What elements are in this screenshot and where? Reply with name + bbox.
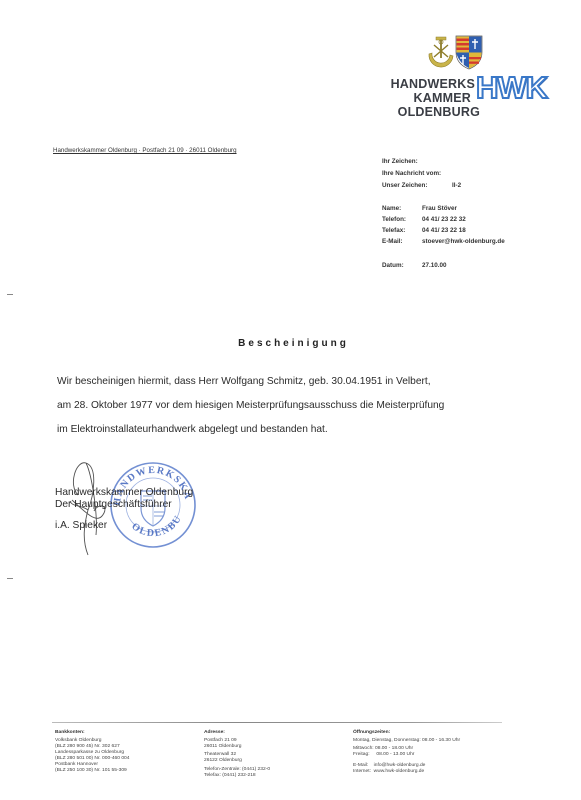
bank-line: (BLZ 280 900 45) Nr. 302 627 [55, 744, 130, 750]
hours-line: Montag, Dienstag, Donnerstag: 08.00 - 16… [353, 738, 460, 744]
bank-line: (BLZ 250 100 30) Nr. 101 55-309 [55, 768, 130, 774]
fold-mark [7, 578, 13, 579]
footer-opening-hours: Öffnungszeiten: Montag, Dienstag, Donner… [353, 730, 460, 775]
email-value: stoever@hwk-oldenburg.de [422, 238, 505, 245]
signature-organization: Handwerkskammer Oldenburg [55, 487, 193, 499]
unser-zeichen-label: Unser Zeichen: [382, 182, 428, 189]
logo-text-oldenburg: OLDENBURG [383, 105, 480, 119]
body-line: am 28. Oktober 1977 vor dem hiesigen Mei… [57, 400, 444, 411]
ihr-zeichen-label: Ihr Zeichen: [382, 158, 418, 165]
name-label: Name: [382, 205, 401, 212]
document-title: Bescheinigung [0, 338, 581, 349]
sender-address-line: Handwerkskammer Oldenburg · Postfach 21 … [53, 147, 237, 154]
bank-line: (BLZ 280 501 00) Nr. 000-460 004 [55, 756, 130, 762]
footer-website[interactable]: Internet: www.hwk-oldenburg.de [353, 769, 460, 775]
address-line: Telefon-Zentrale: (0441) 232-0 [204, 767, 270, 773]
footer-address: Adresse: Postfach 21 09 26011 Oldenburg … [204, 730, 270, 779]
unser-zeichen-value: II-2 [452, 182, 461, 189]
hours-heading: Öffnungszeiten: [353, 730, 460, 736]
footer-divider [52, 722, 502, 723]
email-label: E-Mail: [382, 238, 403, 245]
hwk-logo-letters: HWK [476, 72, 547, 103]
signature-role: Der Hauptgeschäftsführer [55, 499, 172, 511]
body-line: im Elektroinstallateurhandwerk abgelegt … [57, 424, 328, 435]
datum-value: 27.10.00 [422, 262, 447, 269]
telefax-label: Telefax: [382, 227, 405, 234]
coat-of-arms-logo [425, 32, 485, 72]
body-line: Wir bescheinigen hiermit, dass Herr Wolf… [57, 376, 431, 387]
bank-line: Landessparkasse zu Oldenburg [55, 750, 130, 756]
datum-label: Datum: [382, 262, 404, 269]
telefax-value: 04 41/ 23 22 18 [422, 227, 466, 234]
signature-name: i.A. Spieker [55, 520, 107, 532]
logo-text-handwerks: HANDWERKS [383, 77, 475, 91]
footer-bank-accounts: Bankkonten: Volksbank Oldenburg (BLZ 280… [55, 730, 130, 774]
logo-text-kammer: KAMMER [383, 91, 471, 105]
address-heading: Adresse: [204, 730, 270, 736]
telefon-value: 04 41/ 23 22 32 [422, 216, 466, 223]
ihre-nachricht-label: Ihre Nachricht vom: [382, 170, 441, 177]
name-value: Frau Stöver [422, 205, 457, 212]
address-line: Telefax: (0441) 232-218 [204, 773, 270, 779]
telefon-label: Telefon: [382, 216, 406, 223]
bank-heading: Bankkonten: [55, 730, 130, 736]
emblem-icon [425, 32, 485, 72]
fold-mark [7, 294, 13, 295]
